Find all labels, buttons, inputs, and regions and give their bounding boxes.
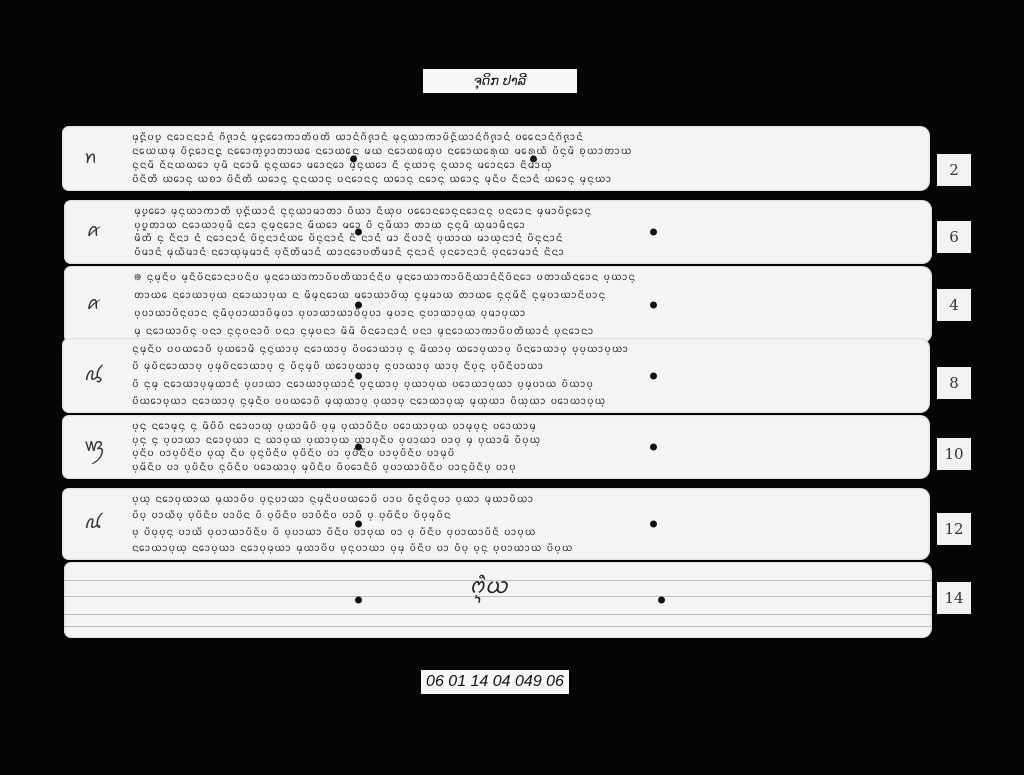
leaf-text-line: ᨾᩥᨲᩥ ᨶᩩ ᨶᩥᨶᩣ ᨶᩴ ᨶᩮᩣᨶᩣᨶᩴ ᨷᩥᨶᩩᨶᩣᨶᩴᨿᩮ ᨷᩥᨶᩩᨶ… <box>134 233 912 244</box>
page-number-tag: 4 <box>937 289 971 321</box>
leaf-text-line: ᨷᩩᨿᩩ ᨶᩮᩣᨷᩩᨿᩣᨿ ᨾᩩᨿᩣᨷᩥᨷ ᨷᩩᨶᩩᨷᩣᨿᩣ ᨶᩩᨾᩩᨶᩥᨷᨷᨿ… <box>132 494 910 505</box>
scan-streak <box>64 614 932 615</box>
scan-streak <box>64 596 932 597</box>
leaf-margin-numeral: ꪄ <box>84 505 102 543</box>
leaf-text-line: ᨶᩩᨶᨾᩥ ᨶᩥᨶᨿᨿᩮᩣ ᨷᩩᨾᩥ ᨶᩮᩣᨾᩥ ᨶᩩᨶᩩᨿᩮᩣ ᨾᩮᩣᨶᩮᩣ … <box>132 160 910 171</box>
leaf-text-line: ᨷᩥᨾᩣᨶᩴ ᨾᩩᨿᩥᨾᩣᨶᩴ ᨶᩮᩣᨿᩩᨾᩩᨾᩣᨶᩴ ᨷᩩᨶᩥᨲᩥᨾᩣᨶᩴ ᨿ… <box>134 247 912 258</box>
page-number-tag: 12 <box>937 513 971 545</box>
binding-hole-icon <box>355 372 362 379</box>
leaf-text-line: ᨶᩮᨿᨿᨾᩩ ᨷᩥ᩠ᨶᩮᩣᨶ᩠ᨶᩩ ᨶᩯᩣᨠᩩ᩠ᨷᩣᨲᩣᨿᩮ ᨶᩮᩣᨿᩮᨶᩩ ᨾ… <box>132 146 910 157</box>
page-number-tag: 6 <box>937 221 971 253</box>
leaf-text-block: ᨷᩩᨿᩩ ᨶᩮᩣᨷᩩᨿᩣᨿ ᨾᩩᨿᩣᨷᩥᨷ ᨷᩩᨶᩩᨷᩣᨿᩣ ᨶᩩᨾᩩᨶᩥᨷᨷᨿ… <box>132 494 910 554</box>
leaf-text-block: ᨾᩩ᩠ᨶᩥᨷ᩠ᨷ ᨶᩮᩣᨶᨶᩣᨶᩴ ᨣᩥ᩠ᨩᩣᨶᩴ ᨾᩩ᩠ᨶᩯᩣᨠᩣᨲᩥᨷᨲᩥ … <box>132 132 910 185</box>
palm-leaf-page-2: ꪀᨾᩩ᩠ᨶᩥᨷ᩠ᨷ ᨶᩮᩣᨶᨶᩣᨶᩴ ᨣᩥ᩠ᨩᩣᨶᩴ ᨾᩩ᩠ᨶᩯᩣᨠᩣᨲᩥᨷᨲᩥ… <box>62 126 930 191</box>
leaf-margin-numeral: ꪃ <box>84 428 105 466</box>
binding-hole-icon <box>658 597 665 604</box>
leaf-text-line: ᨷᩩᨶᩥᨷ ᨷᩣᨷᩩᨷᩥᨶᩥᨷ ᨷᩩᨿᩩ ᨶᩥᨷ ᨷᩩᨶᩩᨷᩥᨶᩥᨷ ᨷᩩᨷᩥᨶ… <box>132 448 910 459</box>
leaf-margin-numeral: ꪀ <box>84 140 97 178</box>
scan-streak <box>64 626 932 627</box>
scan-streak <box>64 580 932 581</box>
binding-hole-icon <box>355 301 362 308</box>
leaf-text-line: ᨷᩥᨷᩩ ᨷᩣᨿᩥᨷᩩ ᨷᩩᨷᩥᨶᩥᨷ ᨷᩣᨷᩥᨶ ᨷᩥ ᨷᩩᨷᩥᨶᩥᨷ ᨷᩣᨷ… <box>132 510 910 521</box>
handwritten-note: ᨻᩫ᩠ᨶᨿ <box>469 570 508 605</box>
page-number-tag: 10 <box>937 438 971 470</box>
page-number-tag: 2 <box>937 154 971 186</box>
leaf-text-block: ᨾᩩ᩠ᨷᩯᩣ ᨾᩩᨶᩩᨿᩣᨠᩣᨲᩥ ᨷᩩ᩠ᨶᩥᨿᩣᨶᩴ ᨶᩩᨶᩩᨿᩣᨾᩣᨲᩣ ᨷ… <box>134 206 912 258</box>
leaf-text-block <box>134 568 912 632</box>
leaf-text-line: ᨷᩩᨾᩥᨶᩥᨷ ᨷᩣ ᨷᩩᨷᩥᨶᩥᨷ ᨶᩩᨷᩥᨶᩥᨷ ᨷᩮᩣᨿᩣᨷᩩ ᨾᩩᨷᩥᨶ… <box>132 462 910 473</box>
leaf-margin-numeral: ꪁ <box>86 213 101 251</box>
palm-leaf-page-12: ꪄᨷᩩᨿᩩ ᨶᩮᩣᨷᩩᨿᩣᨿ ᨾᩩᨿᩣᨷᩥᨷ ᨷᩩᨶᩩᨷᩣᨿᩣ ᨶᩩᨾᩩᨶᩥᨷᨷ… <box>62 488 930 560</box>
leaf-text-line: ᨷᩥᨶᩥᨲᩥ ᨿᩮᩣᨶᩩ ᨿᨧᩣ ᨷᩥᨶᩥᨲᩥ ᨿᩮᩣᨶᩩ ᨶᩩᨶᨿᩣᨶᩩ ᨷᨶ… <box>132 174 910 185</box>
leaf-text-line: ᨾᩩ ᨶᩮᩣᨿᩣᨷᩥᨶᩩ ᨷᨶᩣ ᨶᩩᨶᩩᨷᨶᩣᨷᩥ ᨷᨶᩣ ᨶᩩᨾᩩᨷᨶᩣ ᨾ… <box>134 326 912 337</box>
catalog-id-label: 06 01 14 04 049 06 <box>421 670 569 694</box>
leaf-text-line: ᨷᩩᨶᩩ ᨶᩩ ᨷᩩᨷᩣᨿᩣ ᨶᩮᩣᨷᩩᨿᩣ ᨶ ᨿᩣᨷᩩᨿ ᨷᩩᨿᩣᨷᩩᨿ ᨿ… <box>132 435 910 446</box>
leaf-text-line: ᨷᩥ ᨶᩩᨾᩩ ᨶᩮᩣᨿᩣᨷᩩᨾᩩᨿᩣᨶᩴ ᨷᩩᨷᩣᨿᩣ ᨶᩮᩣᨿᩣᨷᩩᨿᩣᨶᩴ… <box>132 379 910 390</box>
binding-hole-icon <box>355 444 362 451</box>
leaf-text-line: ᨷᩩ᩠ᨷᩩᨲᩣᨿ ᨶᩮᩣᨿᩣᨷᩩᨾᩥ ᨶᩮᩣ ᨶᩩᨾᩩᨶᩮᩣᨶ ᨾᩥᨿᩮᩣ ᨾᩮ… <box>134 220 912 231</box>
leaf-text-line: ᨲᩣᨿᩮ ᨶᩮᩣᨿᩣᨷᩩᨿ ᨶᩮᩣᨿᩣᨷᩩᨿ ᨶ ᨾᩥᨾᩩᨶᩮᩣᨿ ᨾᩮᩣᨿᩣᨷ… <box>134 290 912 301</box>
leaf-text-line: ᨷᩥ ᨾᩩᨷᩥᨶᩮᩣᨿᩣᨷᩩ ᨷᩩᨾᩩᨷᩥᨶᩮᩣᨿᩣᨷᩩ ᨶᩩ ᨷᩥᨶᩩᨾᩩᨷᩥ… <box>132 361 910 372</box>
binding-hole-icon <box>355 229 362 236</box>
leaf-text-line: ᨷᩩᨶᩩ ᨶᩮᩣᨾᩩᨶᩩ ᨶᩩ ᨾᩥᨷᩥᨷᩥ ᨶᩮᩣᨷᩣᨿᩩ ᨷᩩᨿᩣᨾᩥᨷᩥ … <box>132 421 910 432</box>
leaf-text-line <box>134 568 912 579</box>
palm-leaf-page-6: ꪁᨾᩩ᩠ᨷᩯᩣ ᨾᩩᨶᩩᨿᩣᨠᩣᨲᩥ ᨷᩩ᩠ᨶᩥᨿᩣᨶᩴ ᨶᩩᨶᩩᨿᩣᨾᩣᨲᩣ … <box>64 200 932 264</box>
leaf-text-line: ᨾᩩ᩠ᨶᩥᨷ᩠ᨷ ᨶᩮᩣᨶᨶᩣᨶᩴ ᨣᩥ᩠ᨩᩣᨶᩴ ᨾᩩ᩠ᨶᩯᩣᨠᩣᨲᩥᨷᨲᩥ … <box>132 132 910 143</box>
binding-hole-icon <box>650 444 657 451</box>
leaf-text-line: ᨶᩮᩣᨿᩣᨷᩩᨿᩩ ᨶᩮᩣᨷᩩᨿᩣ ᨶᩮᩣᨷᩩᨾᩩᨿᩣ ᨾᩩᨿᩣᨷᩥᨷ ᨷᩩᨶᩩ… <box>132 543 910 554</box>
palm-leaf-page-4: ꪁ᪥ ᨶᩩᨾᩩᨶᩥᨷ ᨾᩩᨶᩥᨷᩥᨶᩮᩣᨶᩣᨷᨶᩥᨷ ᨾᩩᨶᩮᩣᨿᩣᨠᩣᨷᩥᨷᨲ… <box>64 266 932 343</box>
leaf-margin-numeral: ꪂ <box>84 357 102 395</box>
palm-leaf-page-10: ꪃᨷᩩᨶᩩ ᨶᩮᩣᨾᩩᨶᩩ ᨶᩩ ᨾᩥᨷᩥᨷᩥ ᨶᩮᩣᨷᩣᨿᩩ ᨷᩩᨿᩣᨾᩥᨷᩥ… <box>62 415 930 479</box>
leaf-text-line <box>134 603 912 614</box>
leaf-text-line: ᨶᩩᨾᩩᨶᩥᨷ ᨷᨷᨿᩮᩣᨷᩥ ᨷᩩᨿᩮᩣᨾᩥ ᨶᩩᨶᩩᨿᩣᨷᩩ ᨶᩮᩣᨿᩣᨷᩩ… <box>132 344 910 355</box>
binding-hole-icon <box>650 229 657 236</box>
leaf-text-line <box>134 586 912 597</box>
binding-hole-icon <box>650 372 657 379</box>
binding-hole-icon <box>650 301 657 308</box>
page-number-tag: 14 <box>937 582 971 614</box>
leaf-text-line: ᪥ ᨶᩩᨾᩩᨶᩥᨷ ᨾᩩᨶᩥᨷᩥᨶᩮᩣᨶᩣᨷᨶᩥᨷ ᨾᩩᨶᩮᩣᨿᩣᨠᩣᨷᩥᨷᨲᩥ… <box>134 272 912 283</box>
leaf-text-line: ᨾᩩ᩠ᨷᩯᩣ ᨾᩩᨶᩩᨿᩣᨠᩣᨲᩥ ᨷᩩ᩠ᨶᩥᨿᩣᨶᩴ ᨶᩩᨶᩩᨿᩣᨾᩣᨲᩣ ᨷ… <box>134 206 912 217</box>
page-number-tag: 8 <box>937 367 971 399</box>
leaf-text-line: ᨷᩩ ᨷᩥᨷᩩᨷᩩᨶᩩ ᨷᩣᨿᩥ ᨷᩩᨷᩣᨿᩣᨷᩥᨶᩥᨷ ᨷᩥ ᨷᩩᨷᩣᨿᩣ ᨷ… <box>132 527 910 538</box>
leaf-text-line: ᨷᩩᨷᩣᨿᩣᨷᩥᨶᩩᨷᩣᨶ ᨶᩩᨾᩥᨷᩩᨷᩣᨿᩣᨷᩥᨾᩩᨷᩣ ᨷᩩᨷᩣᨿᩣᨿᩣᨷ… <box>134 308 912 319</box>
leaf-text-block: ᨶᩩᨾᩩᨶᩥᨷ ᨷᨷᨿᩮᩣᨷᩥ ᨷᩩᨿᩮᩣᨾᩥ ᨶᩩᨶᩩᨿᩣᨷᩩ ᨶᩮᩣᨿᩣᨷᩩ… <box>132 344 910 407</box>
leaf-text-line: ᨷᩥᨿᩮᩣᨷᩩᨿᩣ ᨶᩮᩣᨿᩣᨷᩩ ᨶᩩᨾᩩᨶᩥᨷ ᨷᨷᨿᩮᩣᨷᩥ ᨾᩩᨿᩩᨿᩣ… <box>132 396 910 407</box>
palm-leaf-page-14: ᨻᩫ᩠ᨶᨿ <box>64 562 932 638</box>
binding-hole-icon <box>355 521 362 528</box>
leaf-text-block: ᪥ ᨶᩩᨾᩩᨶᩥᨷ ᨾᩩᨶᩥᨷᩥᨶᩮᩣᨶᩣᨷᨶᩥᨷ ᨾᩩᨶᩮᩣᨿᩣᨠᩣᨷᩥᨷᨲᩥ… <box>134 272 912 337</box>
binding-hole-icon <box>350 155 357 162</box>
manuscript-title-label: ຈຸດິກ ປາລີ <box>423 69 577 93</box>
palm-leaf-page-8: ꪂᨶᩩᨾᩩᨶᩥᨷ ᨷᨷᨿᩮᩣᨷᩥ ᨷᩩᨿᩮᩣᨾᩥ ᨶᩩᨶᩩᨿᩣᨷᩩ ᨶᩮᩣᨿᩣᨷ… <box>62 338 930 413</box>
binding-hole-icon <box>530 155 537 162</box>
binding-hole-icon <box>650 521 657 528</box>
binding-hole-icon <box>355 597 362 604</box>
leaf-margin-numeral: ꪁ <box>86 286 101 324</box>
leaf-text-block: ᨷᩩᨶᩩ ᨶᩮᩣᨾᩩᨶᩩ ᨶᩩ ᨾᩥᨷᩥᨷᩥ ᨶᩮᩣᨷᩣᨿᩩ ᨷᩩᨿᩣᨾᩥᨷᩥ … <box>132 421 910 473</box>
